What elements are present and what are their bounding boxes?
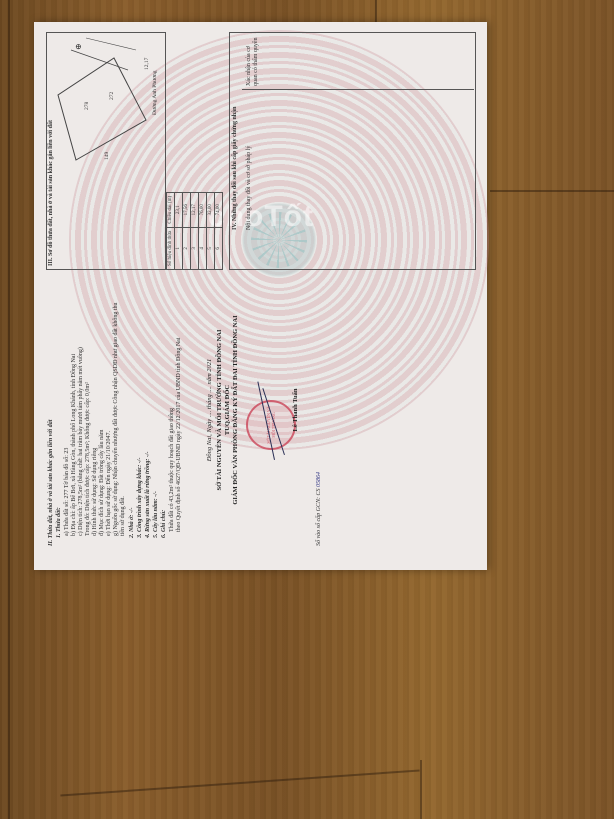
edge-length: 23,1 — [175, 192, 183, 227]
parcel-label-149: 149 — [104, 152, 110, 160]
table-row: 6 74,00 — [215, 192, 223, 269]
table-row: 1 23,1 — [175, 192, 183, 269]
vertex-id: 4 — [199, 227, 207, 269]
compass-north-icon: ⊕ — [74, 43, 83, 50]
edge-length: 74,00 — [215, 192, 223, 227]
changes-confirmation-header: Xác nhận của cơ quan có thẩm quyền — [246, 36, 261, 86]
signer-name: Lê Thanh Tuấn — [292, 310, 300, 510]
vertex-id: 3 — [191, 227, 199, 269]
notes-title: 6. Ghi chú: — [161, 510, 168, 538]
table-header: Chiều dài (m) — [167, 192, 175, 227]
signer-authority: TUQ.GIÁM ĐỐC — [224, 310, 232, 510]
section-2-item-1: 1. Thửa đất: — [56, 507, 63, 538]
floor-seam — [8, 0, 10, 819]
serial-label: Số vào sổ cấp GCN: CS 05864 — [316, 472, 323, 546]
floor-seam — [420, 760, 422, 819]
table-row: 2 17,56 — [183, 192, 191, 269]
vertex-id: 5 — [207, 227, 215, 269]
table-row: 5 32,00 — [207, 192, 215, 269]
road-dimension: 12,17 — [144, 58, 150, 70]
floor-seam — [490, 190, 614, 192]
table-header: Số hiệu đỉnh thửa — [167, 227, 175, 269]
serial-label-text: Số vào sổ cấp GCN: CS — [316, 489, 322, 547]
edge-length: 32,00 — [207, 192, 215, 227]
construction-item: 3. Công trình xây dựng khác: -/- — [137, 458, 144, 538]
issuing-department: SỞ TÀI NGUYÊN VÀ MÔI TRƯỜNG TỈNH ĐỒNG NA… — [216, 310, 224, 510]
table-row: 4 76,00 — [199, 192, 207, 269]
edge-length: 12,17 — [191, 192, 199, 227]
floor-seam — [60, 769, 419, 796]
parcel-label-278: 278 — [84, 102, 90, 110]
serial-number: 05864 — [316, 472, 322, 487]
parcel-label-272: 272 — [109, 92, 115, 100]
paper-sheet: choTốt II. Thửa đất, nhà ở và tài sản kh… — [34, 22, 487, 570]
road-label: Đường Anh Phương — [152, 71, 158, 115]
vertex-length-table: Số hiệu đỉnh thửa Chiều dài (m) 1 23,1 2… — [166, 192, 223, 270]
signer-title: GIÁM ĐỐC VĂN PHÒNG ĐĂNG KÝ ĐẤT ĐAI TỈNH … — [232, 310, 240, 510]
vertex-id: 1 — [175, 227, 183, 269]
vertex-id: 2 — [183, 227, 191, 269]
vertex-id: 6 — [215, 227, 223, 269]
section-2-title: II. Thửa đất, nhà ở và tài sản khác gắn … — [48, 420, 55, 546]
changes-column-divider — [242, 89, 474, 270]
edge-length: 76,00 — [199, 192, 207, 227]
note-line: theo Quyết định số 4627/QĐ-UBND ngày 22/… — [176, 338, 183, 532]
table-row: 3 12,17 — [191, 192, 199, 269]
changes-content-header: Nội dung thay đổi và cơ sở pháp lý — [246, 146, 253, 230]
house-item: 2. Nhà ở: -/- — [129, 507, 136, 538]
forest-item: 4. Rừng sản xuất là rừng trồng: -/- — [145, 451, 152, 538]
certificate-page: choTốt II. Thửa đất, nhà ở và tài sản kh… — [34, 22, 487, 570]
place-date: Đồng Nai, Ngày .... tháng .... năm 2021 — [206, 310, 214, 510]
perennial-item: 5. Cây lâu năm: -/- — [153, 491, 160, 538]
edge-length: 17,56 — [183, 192, 191, 227]
parcel-line: tiền sử dụng đất. — [120, 496, 127, 536]
section-4-title: IV. Những thay đổi sau khi cấp giấy chứn… — [232, 107, 239, 230]
